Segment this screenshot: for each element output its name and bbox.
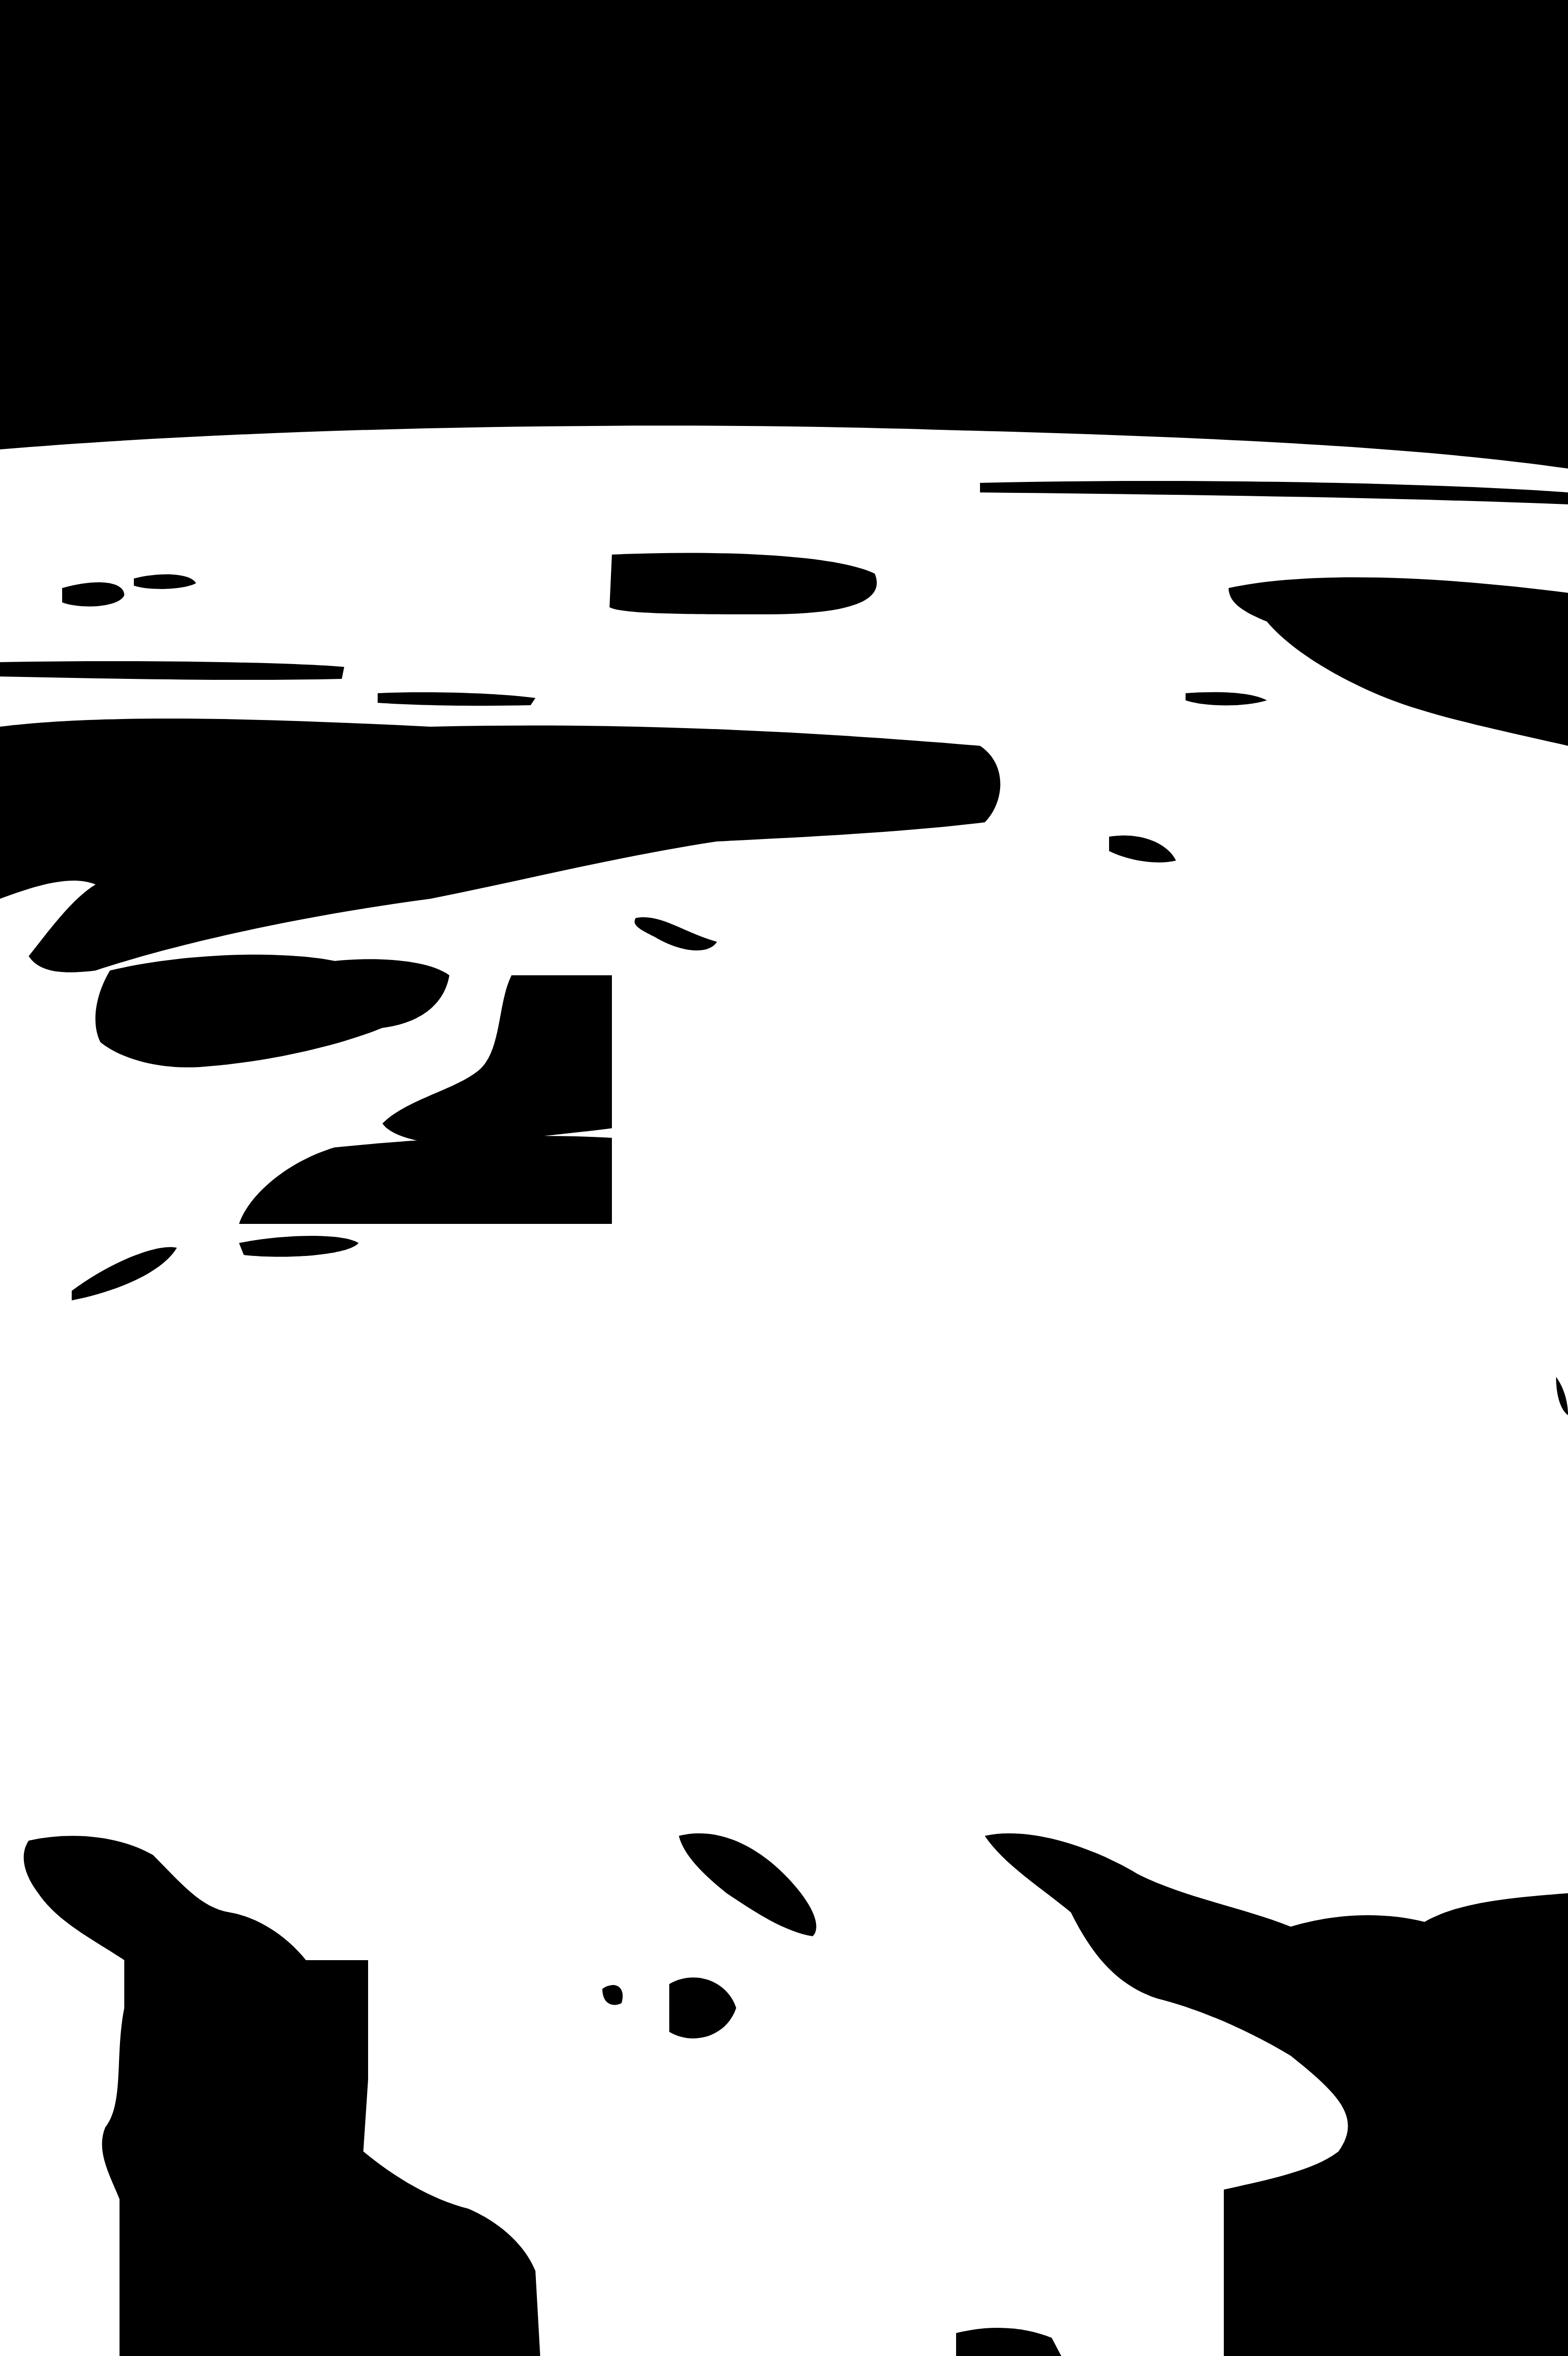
earth-horizon-photo: [0, 0, 1568, 2356]
